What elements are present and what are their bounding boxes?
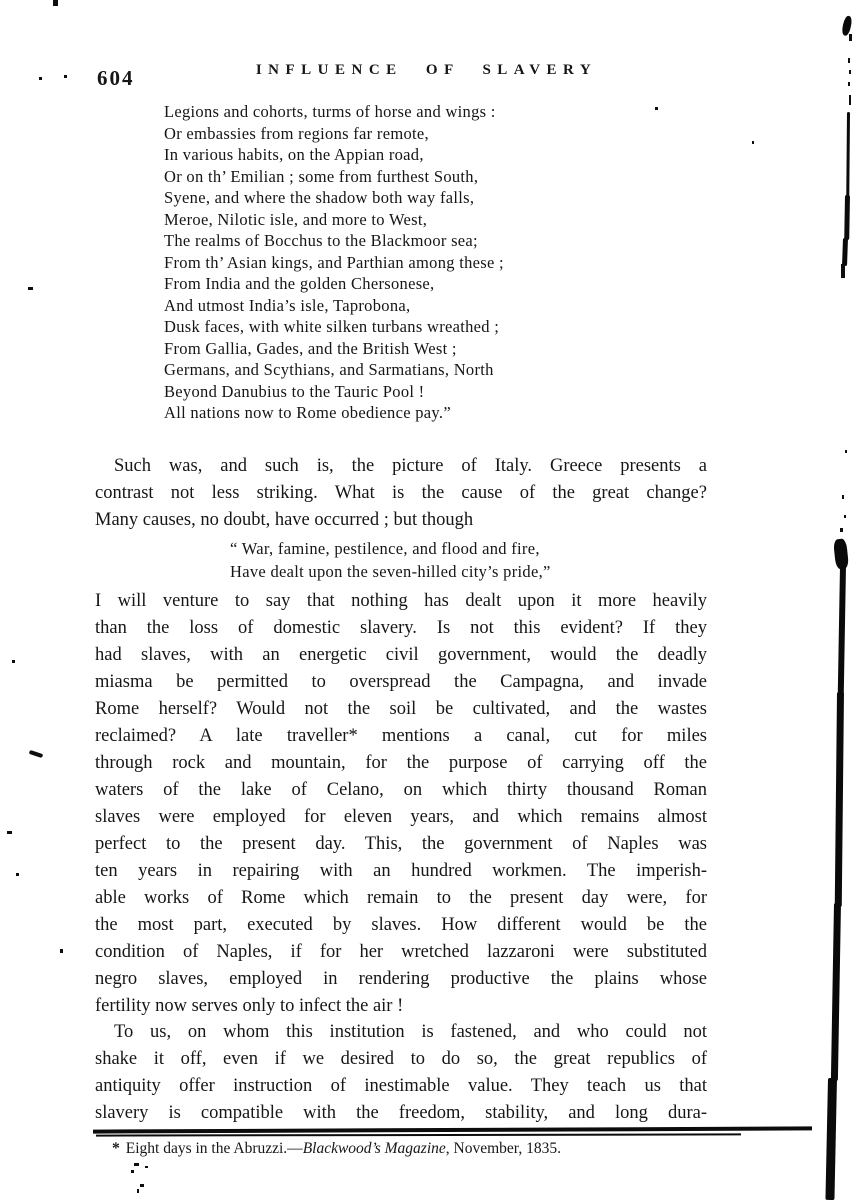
verse-couplet-quote: “ War, famine, pestilence, and flood and… [230, 538, 551, 583]
footnote-asterisk: * [112, 1140, 126, 1157]
margin-speck [7, 831, 12, 834]
binding-edge-band [835, 692, 844, 907]
binding-edge-speck [849, 70, 851, 74]
paragraph-italy-greece: Such was, and such is, the picture of It… [95, 453, 707, 534]
text-line: condition of Naples, if for her wretched… [95, 939, 707, 966]
text-line: the most part, executed by slaves. How d… [95, 912, 707, 939]
text-line: I will venture to say that nothing has d… [95, 588, 707, 615]
margin-speck [655, 107, 658, 110]
text-line: All nations now to Rome obedience pay.” [164, 402, 504, 424]
binding-edge-band [831, 903, 841, 1081]
text-line: had slaves, with an energetic civil gove… [95, 642, 707, 669]
binding-edge-speck [840, 528, 843, 532]
binding-edge-speck [845, 450, 847, 453]
text-line: Have dealt upon the seven-hilled city’s … [230, 561, 551, 584]
binding-edge-speck [848, 82, 850, 86]
text-line: Or on th’ Emilian ; some from furthest S… [164, 166, 504, 188]
text-line: To us, on whom this institution is faste… [95, 1019, 707, 1046]
text-line: Or embassies from regions far remote, [164, 123, 504, 145]
binding-edge-line [844, 195, 850, 240]
text-line: able works of Rome which remain to the p… [95, 885, 707, 912]
text-line: From India and the golden Chersonese, [164, 273, 504, 295]
text-line: Many causes, no doubt, have occurred ; b… [95, 507, 707, 534]
text-line: contrast not less striking. What is the … [95, 480, 707, 507]
text-line: And utmost India’s isle, Taprobona, [164, 295, 504, 317]
text-line: The realms of Bocchus to the Blackmoor s… [164, 230, 504, 252]
running-head-title: INFLUENCE OF SLAVERY [0, 62, 853, 79]
margin-speck [64, 75, 67, 78]
text-line: Meroe, Nilotic isle, and more to West, [164, 209, 504, 231]
footnote-text: Eight days in the Abruzzi.— [126, 1140, 303, 1157]
text-line: In various habits, on the Appian road, [164, 144, 504, 166]
binding-edge-speck [842, 495, 844, 499]
text-line: ten years in repairing with an hundred w… [95, 858, 707, 885]
margin-speck [28, 287, 33, 290]
footnote-source-title: Blackwood’s Magazine [303, 1140, 446, 1157]
text-line: slaves were employed for eleven years, a… [95, 804, 707, 831]
binding-edge-line [846, 112, 850, 197]
margin-speck [53, 0, 58, 6]
margin-speck [29, 750, 44, 758]
text-line: slavery is compatible with the freedom, … [95, 1100, 707, 1127]
binding-edge-speck [841, 264, 845, 278]
margin-speck [140, 1184, 144, 1187]
text-line: From th’ Asian kings, and Parthian among… [164, 252, 504, 274]
binding-edge-line [842, 238, 848, 266]
paragraph-to-us: To us, on whom this institution is faste… [95, 1019, 707, 1127]
margin-speck [39, 77, 42, 80]
text-line: than the loss of domestic slavery. Is no… [95, 615, 707, 642]
binding-edge-speck [844, 515, 846, 518]
text-line: Germans, and Scythians, and Sarmatians, … [164, 359, 504, 381]
scanned-book-page: 604 INFLUENCE OF SLAVERY Legions and coh… [0, 0, 853, 1200]
text-line: miasma be permitted to overspread the Ca… [95, 669, 707, 696]
binding-edge-blob [833, 538, 849, 569]
text-line: Beyond Danubius to the Tauric Pool ! [164, 381, 504, 403]
text-line: Dusk faces, with white silken turbans wr… [164, 316, 504, 338]
text-line: antiquity offer instruction of inestimab… [95, 1073, 707, 1100]
paragraph-domestic-slavery: I will venture to say that nothing has d… [95, 588, 707, 1020]
text-line: Such was, and such is, the picture of It… [95, 453, 707, 480]
text-line: Legions and cohorts, turms of horse and … [164, 101, 504, 123]
text-line: From Gallia, Gades, and the British West… [164, 338, 504, 360]
text-line: shake it off, even if we desired to do s… [95, 1046, 707, 1073]
binding-edge-speck [849, 34, 852, 41]
text-line: through rock and mountain, for the purpo… [95, 750, 707, 777]
margin-speck [134, 1163, 139, 1166]
margin-speck [12, 660, 15, 663]
text-line: “ War, famine, pestilence, and flood and… [230, 538, 551, 561]
margin-speck [16, 873, 19, 876]
binding-edge-band [838, 566, 846, 696]
footnote-date: , November, 1835. [446, 1140, 561, 1157]
margin-speck [752, 141, 754, 144]
text-line: waters of the lake of Celano, on which t… [95, 777, 707, 804]
binding-edge-speck [848, 58, 850, 63]
margin-speck [137, 1189, 139, 1193]
margin-speck [131, 1170, 134, 1173]
text-line: fertility now serves only to infect the … [95, 993, 707, 1020]
binding-edge-speck [849, 95, 851, 105]
text-line: perfect to the present day. This, the go… [95, 831, 707, 858]
margin-speck [145, 1166, 148, 1168]
footnote-rule [93, 1126, 812, 1133]
text-line: Syene, and where the shadow both way fal… [164, 187, 504, 209]
margin-speck [60, 949, 63, 953]
text-line: reclaimed? A late traveller* mentions a … [95, 723, 707, 750]
poem-quotation-block: Legions and cohorts, turms of horse and … [164, 101, 504, 424]
binding-edge-band [825, 1078, 837, 1200]
footnote: *Eight days in the Abruzzi.—Blackwood’s … [97, 1140, 812, 1158]
text-line: negro slaves, employed in rendering prod… [95, 966, 707, 993]
footnote-rule-echo [96, 1133, 741, 1136]
text-line: Rome herself? Would not the soil be cult… [95, 696, 707, 723]
